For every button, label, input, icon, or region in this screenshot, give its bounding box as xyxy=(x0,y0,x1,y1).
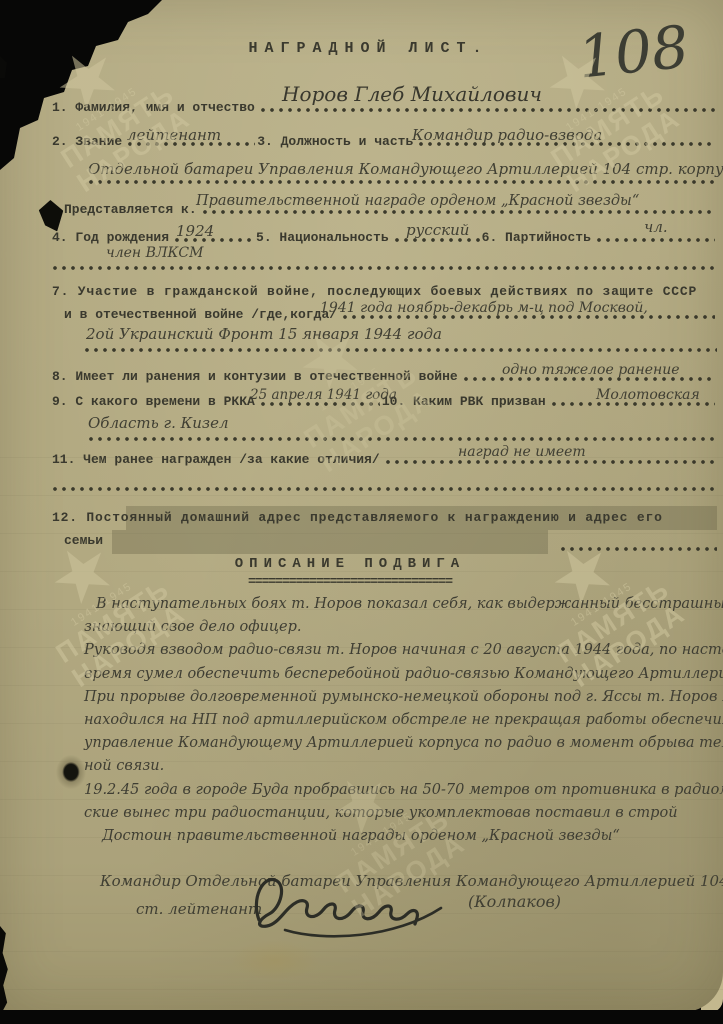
field-value-prior-awards: наград не имеет xyxy=(458,444,586,460)
field-label-name: 1. Фамилия, имя и отчество xyxy=(52,100,255,115)
dotted-leader xyxy=(560,546,717,552)
dotted-leader xyxy=(596,237,715,243)
field-label-wounds: 8. Имеет ли ранения и контузии в отечест… xyxy=(52,369,458,384)
dotted-leader xyxy=(52,486,717,492)
field-value-wounds: одно тяжелое ранение xyxy=(502,362,680,378)
dotted-leader xyxy=(84,347,717,353)
description-line: При прорыве долговременной румынско-неме… xyxy=(84,689,716,712)
signature-scribble xyxy=(245,868,455,938)
description-line: управление Командующему Артиллерией корп… xyxy=(84,735,716,758)
dotted-leader xyxy=(202,209,715,215)
field-value-birth-year: 1924 xyxy=(176,222,214,240)
description-line: Достоин правительственной награды ордено… xyxy=(84,828,716,851)
field-label-rvk: 10. Каким РВК призван xyxy=(382,394,546,409)
field-value-nationality: русский xyxy=(406,221,469,239)
field-value-position: Командир радио-взвода xyxy=(412,126,602,144)
field-label-birth-year: 4. Год рождения xyxy=(52,230,169,245)
field-value-position-2: Отдельной батареи Управления Командующег… xyxy=(88,160,723,178)
signer-rank: ст. лейтенант xyxy=(136,900,262,918)
field-label-home-address: 12. Постоянный домашний адрес представля… xyxy=(52,510,663,525)
field-label-rkka-since: 9. С какого времени в РККА xyxy=(52,394,255,409)
field-value-war-2: 2ой Украинский Фронт 15 января 1944 года xyxy=(86,325,442,343)
field-value-war-1: 1941 года ноябрь-декабрь м-ц под Москвой… xyxy=(320,300,648,316)
description-line: ские вынес три радиостанции, которые уко… xyxy=(84,805,716,828)
scanned-award-sheet: НАГРАДНОЙ ЛИСТ. 108 1. Фамилия, имя и от… xyxy=(0,0,723,1024)
dotted-leader xyxy=(52,265,717,271)
signer-name: (Колпаков) xyxy=(468,892,561,911)
field-label-party: 6. Партийность xyxy=(482,230,591,245)
field-value-party-2: член ВЛКСМ xyxy=(106,245,203,261)
heading-underline: ============================== xyxy=(0,574,700,589)
field-label-presented: Представляется к. xyxy=(64,202,197,217)
field-value-rvk-2: Область г. Кизел xyxy=(88,414,229,432)
dotted-leader xyxy=(260,107,715,113)
field-value-rvk: Молотовская xyxy=(596,387,700,403)
field-label-war-participation: 7. Участие в гражданской войне, последую… xyxy=(52,284,697,299)
description-line: находился на НП под артиллерийском обстр… xyxy=(84,712,716,735)
field-value-rkka-since: 25 апреля 1941 года xyxy=(250,387,397,403)
description-line: ной связи. xyxy=(84,758,716,781)
field-value-rank: лейтенант xyxy=(127,126,221,144)
field-label-prior-awards: 11. Чем ранее награжден /за какие отличи… xyxy=(52,452,380,467)
field-value-party: чл. xyxy=(644,218,668,236)
scan-background xyxy=(0,1010,723,1024)
page-number: 108 xyxy=(575,12,692,91)
field-label-home-address-2: семьи xyxy=(64,533,103,548)
description-line: Руководя взводом радио-связи т. Норов на… xyxy=(84,642,716,665)
field-label-war-participation-2: и в отечественной войне /где,когда/ xyxy=(64,307,337,322)
field-label-rank: 2. Звание xyxy=(52,134,122,149)
field-value-presented: Правительственной награде орденом „Красн… xyxy=(196,193,639,209)
description-line: знающий свое дело офицер. xyxy=(84,619,716,642)
description-line: В наступательных боях т. Норов показал с… xyxy=(84,596,716,619)
feat-description-heading: ОПИСАНИЕ ПОДВИГА xyxy=(0,556,700,572)
description-line: 19.2.45 года в городе Буда пробравшись н… xyxy=(84,782,716,805)
field-value-name: Норов Глеб Михайлович xyxy=(282,82,542,106)
description-line: время сумел обеспечить бесперебойной рад… xyxy=(84,666,716,689)
field-label-nationality: 5. Национальность xyxy=(256,230,389,245)
field-label-position: 3. Должность и часть xyxy=(257,134,413,149)
dotted-leader xyxy=(88,436,717,442)
feat-description-text: В наступательных боях т. Норов показал с… xyxy=(84,596,716,851)
dotted-leader xyxy=(88,179,717,185)
